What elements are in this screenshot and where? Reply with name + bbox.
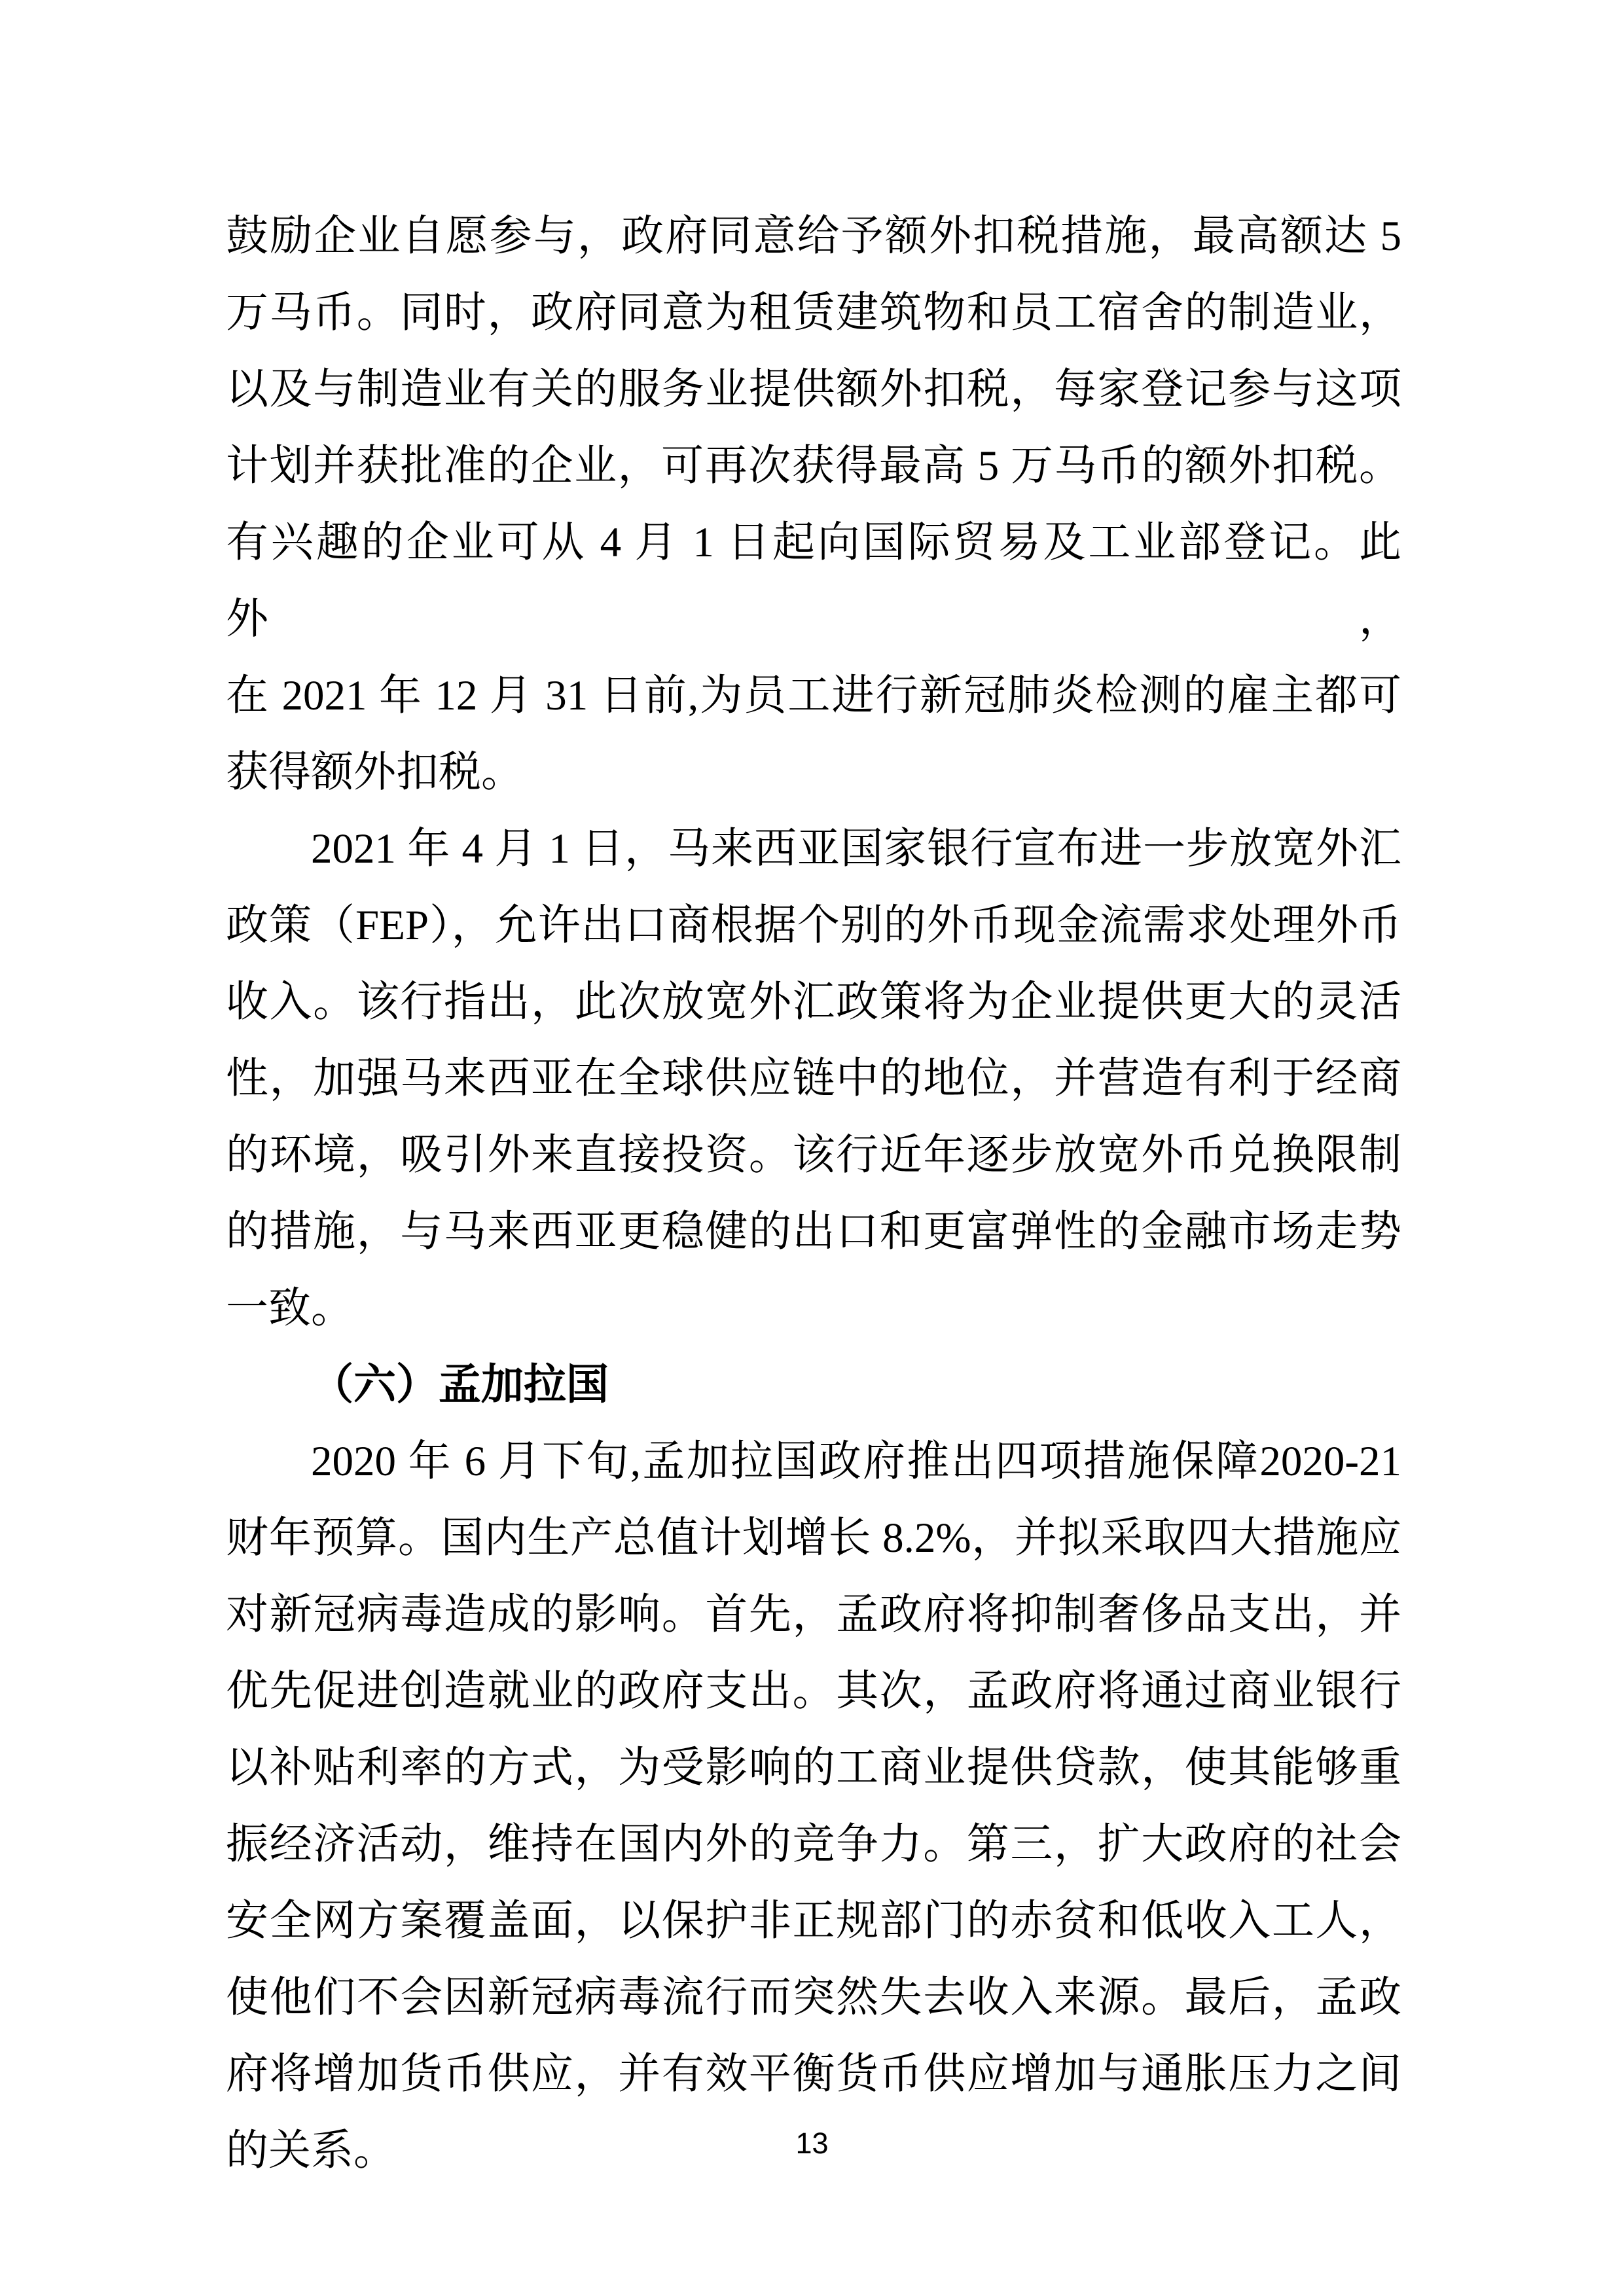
text-line: 以补贴利率的方式，为受影响的工商业提供贷款，使其能够重 [226,1730,1401,1806]
text-line: 获得额外扣税。 [226,734,1401,811]
text-line: 的措施，与马来西亚更稳健的出口和更富弹性的金融市场走势 [226,1194,1401,1270]
section-heading: （六）孟加拉国 [226,1347,1401,1424]
document-text: 鼓励企业自愿参与，政府同意给予额外扣税措施，最高额达 5万马币。同时，政府同意为… [226,198,1401,2189]
text-line: 在 2021 年 12 月 31 日前,为员工进行新冠肺炎检测的雇主都可 [226,658,1401,734]
text-line: 万马币。同时，政府同意为租赁建筑物和员工宿舍的制造业， [226,275,1401,351]
text-line: 鼓励企业自愿参与，政府同意给予额外扣税措施，最高额达 5 [226,198,1401,275]
text-line: 府将增加货币供应，并有效平衡货币供应增加与通胀压力之间 [226,2036,1401,2113]
text-line: 安全网方案覆盖面，以保护非正规部门的赤贫和低收入工人， [226,1883,1401,1960]
text-line: 计划并获批准的企业，可再次获得最高 5 万马币的额外扣税。 [226,428,1401,505]
text-line: 使他们不会因新冠病毒流行而突然失去收入来源。最后，孟政 [226,1960,1401,2036]
text-line: 性，加强马来西亚在全球供应链中的地位，并营造有利于经商 [226,1041,1401,1117]
text-line: 2020 年 6 月下旬,孟加拉国政府推出四项措施保障2020-21 [226,1424,1401,1500]
text-line: 对新冠病毒造成的影响。首先，孟政府将抑制奢侈品支出，并 [226,1577,1401,1653]
text-line: 有兴趣的企业可从 4 月 1 日起向国际贸易及工业部登记。此外， [226,505,1401,658]
text-line: 政策（FEP），允许出口商根据个别的外币现金流需求处理外币 [226,888,1401,964]
text-line: 收入。该行指出，此次放宽外汇政策将为企业提供更大的灵活 [226,964,1401,1041]
text-line: 以及与制造业有关的服务业提供额外扣税，每家登记参与这项 [226,351,1401,428]
text-line: 的环境，吸引外来直接投资。该行近年逐步放宽外币兑换限制 [226,1117,1401,1194]
text-line: 2021 年 4 月 1 日，马来西亚国家银行宣布进一步放宽外汇 [226,811,1401,888]
text-line: 财年预算。国内生产总值计划增长 8.2%，并拟采取四大措施应 [226,1500,1401,1577]
document-page: 鼓励企业自愿参与，政府同意给予额外扣税措施，最高额达 5万马币。同时，政府同意为… [0,0,1624,2296]
text-line: 优先促进创造就业的政府支出。其次，孟政府将通过商业银行 [226,1653,1401,1730]
text-line: 振经济活动，维持在国内外的竞争力。第三，扩大政府的社会 [226,1806,1401,1883]
page-number: 13 [0,2128,1624,2158]
text-line: 一致。 [226,1270,1401,1347]
